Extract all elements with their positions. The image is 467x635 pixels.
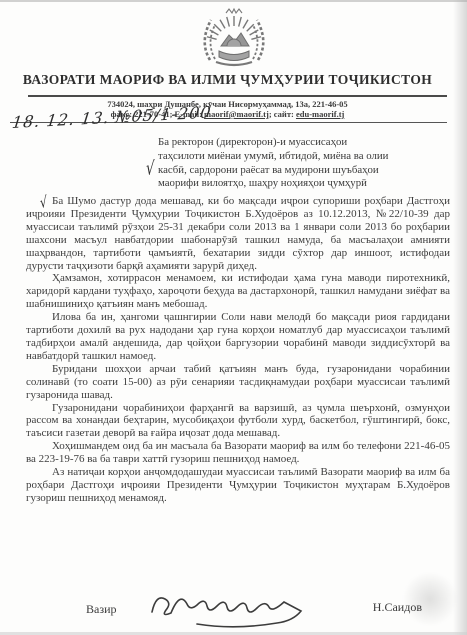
pen-tick-mark: √ bbox=[145, 158, 154, 181]
letterhead-divider-top bbox=[28, 95, 447, 97]
paragraph: Буридани шохҳои арчаи табиӣ қатъиян манъ… bbox=[26, 363, 450, 402]
paragraph: Гузаронидани чорабиниҳои фарҳангӣ ва вар… bbox=[26, 402, 450, 441]
paragraph: Ҳамзамон, хотиррасон менамоем, ки истифо… bbox=[26, 272, 450, 311]
scan-edge-top bbox=[0, 0, 467, 2]
site-label: ; сайт: bbox=[269, 109, 296, 119]
tajikistan-coat-of-arms-icon bbox=[194, 6, 274, 73]
website-link: edu-maorif.tj bbox=[296, 109, 344, 119]
paragraph: Илова ба ин, ҳангоми ҷашнгирии Соли нави… bbox=[26, 311, 450, 363]
addressee-line: Ба ректорон (директорон)-и муассисаҳои bbox=[158, 136, 458, 150]
paragraph: Ба Шумо дастур дода мешавад, ки бо мақса… bbox=[26, 195, 450, 272]
signer-title: Вазир bbox=[86, 602, 117, 617]
paragraph: Хоҳишмандем оид ба ин масъала ба Вазорат… bbox=[26, 440, 450, 466]
paragraph: Аз натиҷаи корҳои анҷомдодашудаи муассис… bbox=[26, 466, 450, 505]
scan-edge-right bbox=[453, 0, 467, 635]
addressee-block: Ба ректорон (директорон)-и муассисаҳои т… bbox=[158, 136, 458, 191]
signer-name: Н.Саидов bbox=[373, 600, 422, 615]
email-link: maorif@maorif.tj bbox=[204, 109, 269, 119]
addressee-line: касбӣ, сардорони раёсат ва мудирони шуъб… bbox=[158, 164, 458, 178]
signature-block: Вазир Н.Саидов bbox=[26, 584, 450, 632]
handwritten-signature bbox=[144, 584, 334, 635]
ministry-title: ВАЗОРАТИ МАОРИФ ВА ИЛМИ ҶУМҲУРИИ ТОҶИКИС… bbox=[0, 72, 455, 88]
letter-body: Ба Шумо дастур дода мешавад, ки бо мақса… bbox=[26, 195, 450, 505]
scanned-letter-page: ВАЗОРАТИ МАОРИФ ВА ИЛМИ ҶУМҲУРИИ ТОҶИКИС… bbox=[0, 0, 467, 635]
addressee-line: таҳсилоти миёнаи умумӣ, ибтидоӣ, миёна в… bbox=[158, 150, 458, 164]
letterhead-address: 734024, шаҳри Душанбе, кӯчаи Нисормуҳамм… bbox=[0, 99, 455, 109]
addressee-line: маорифи вилоятҳо, шаҳру ноҳияҳои ҷумҳурӣ bbox=[158, 177, 458, 191]
